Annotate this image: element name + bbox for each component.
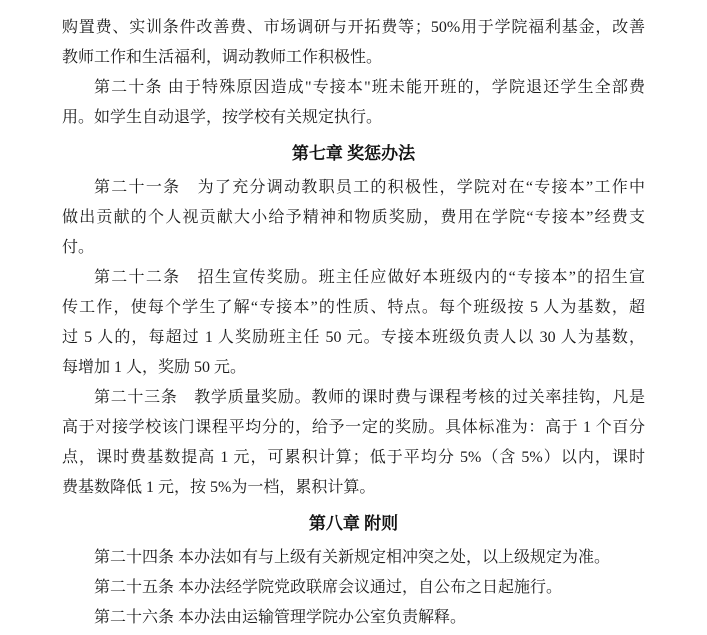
document-body: 购置费、实训条件改善费、市场调研与开拓费等；50%用于学院福利基金，改善教师工作… <box>0 0 707 635</box>
text-line: 购置费、实训条件改善费、市场调研与开拓费等；50%用于学院福利基金，改善 <box>62 13 645 43</box>
document-page: { "page": { "background_color": "#ffffff… <box>0 0 707 635</box>
text-line: 做出贡献的个人视贡献大小给予精神和物质奖励，费用在学院“专接本”经费支 <box>62 203 645 233</box>
text-line: 第二十四条 本办法如有与上级有关新规定相冲突之处，以上级规定为准。 <box>62 543 645 573</box>
text-line: 第二十二条 招生宣传奖励。班主任应做好本班级内的“专接本”的招生宣 <box>62 263 645 293</box>
chapter-heading: 第七章 奖惩办法 <box>62 139 645 169</box>
text-line: 第二十五条 本办法经学院党政联席会议通过，自公布之日起施行。 <box>62 573 645 603</box>
text-line: 付。 <box>62 233 645 263</box>
paragraph: 第二十五条 本办法经学院党政联席会议通过，自公布之日起施行。 <box>62 573 645 603</box>
text-line: 高于对接学校该门课程平均分的，给予一定的奖励。具体标准为：高于 1 个百分 <box>62 413 645 443</box>
text-line: 第二十一条 为了充分调动教职员工的积极性，学院对在“专接本”工作中 <box>62 173 645 203</box>
text-line: 教师工作和生活福利，调动教师工作积极性。 <box>62 43 645 73</box>
paragraph: 第二十二条 招生宣传奖励。班主任应做好本班级内的“专接本”的招生宣传工作，使每个… <box>62 263 645 383</box>
text-line: 费基数降低 1 元，按 5%为一档，累积计算。 <box>62 473 645 503</box>
text-line: 点，课时费基数提高 1 元，可累积计算；低于平均分 5%（含 5%）以内，课时 <box>62 443 645 473</box>
text-line: 第二十六条 本办法由运输管理学院办公室负责解释。 <box>62 603 645 633</box>
paragraph: 第二十一条 为了充分调动教职员工的积极性，学院对在“专接本”工作中做出贡献的个人… <box>62 173 645 263</box>
paragraph: 第二十三条 教学质量奖励。教师的课时费与课程考核的过关率挂钩，凡是高于对接学校该… <box>62 383 645 503</box>
text-line: 用。如学生自动退学，按学校有关规定执行。 <box>62 103 645 133</box>
text-line: 每增加 1 人，奖励 50 元。 <box>62 353 645 383</box>
text-line: 传工作，使每个学生了解“专接本”的性质、特点。每个班级按 5 人为基数，超 <box>62 293 645 323</box>
text-line: 过 5 人的，每超过 1 人奖励班主任 50 元。专接本班级负责人以 30 人为… <box>62 323 645 353</box>
paragraph: 购置费、实训条件改善费、市场调研与开拓费等；50%用于学院福利基金，改善教师工作… <box>62 13 645 73</box>
text-line: 第二十三条 教学质量奖励。教师的课时费与课程考核的过关率挂钩，凡是 <box>62 383 645 413</box>
paragraph: 第二十四条 本办法如有与上级有关新规定相冲突之处，以上级规定为准。 <box>62 543 645 573</box>
text-line: 第二十条 由于特殊原因造成"专接本"班未能开班的，学院退还学生全部费 <box>62 73 645 103</box>
paragraph: 第二十六条 本办法由运输管理学院办公室负责解释。 <box>62 603 645 633</box>
chapter-heading: 第八章 附则 <box>62 509 645 539</box>
paragraph: 第二十条 由于特殊原因造成"专接本"班未能开班的，学院退还学生全部费用。如学生自… <box>62 73 645 133</box>
